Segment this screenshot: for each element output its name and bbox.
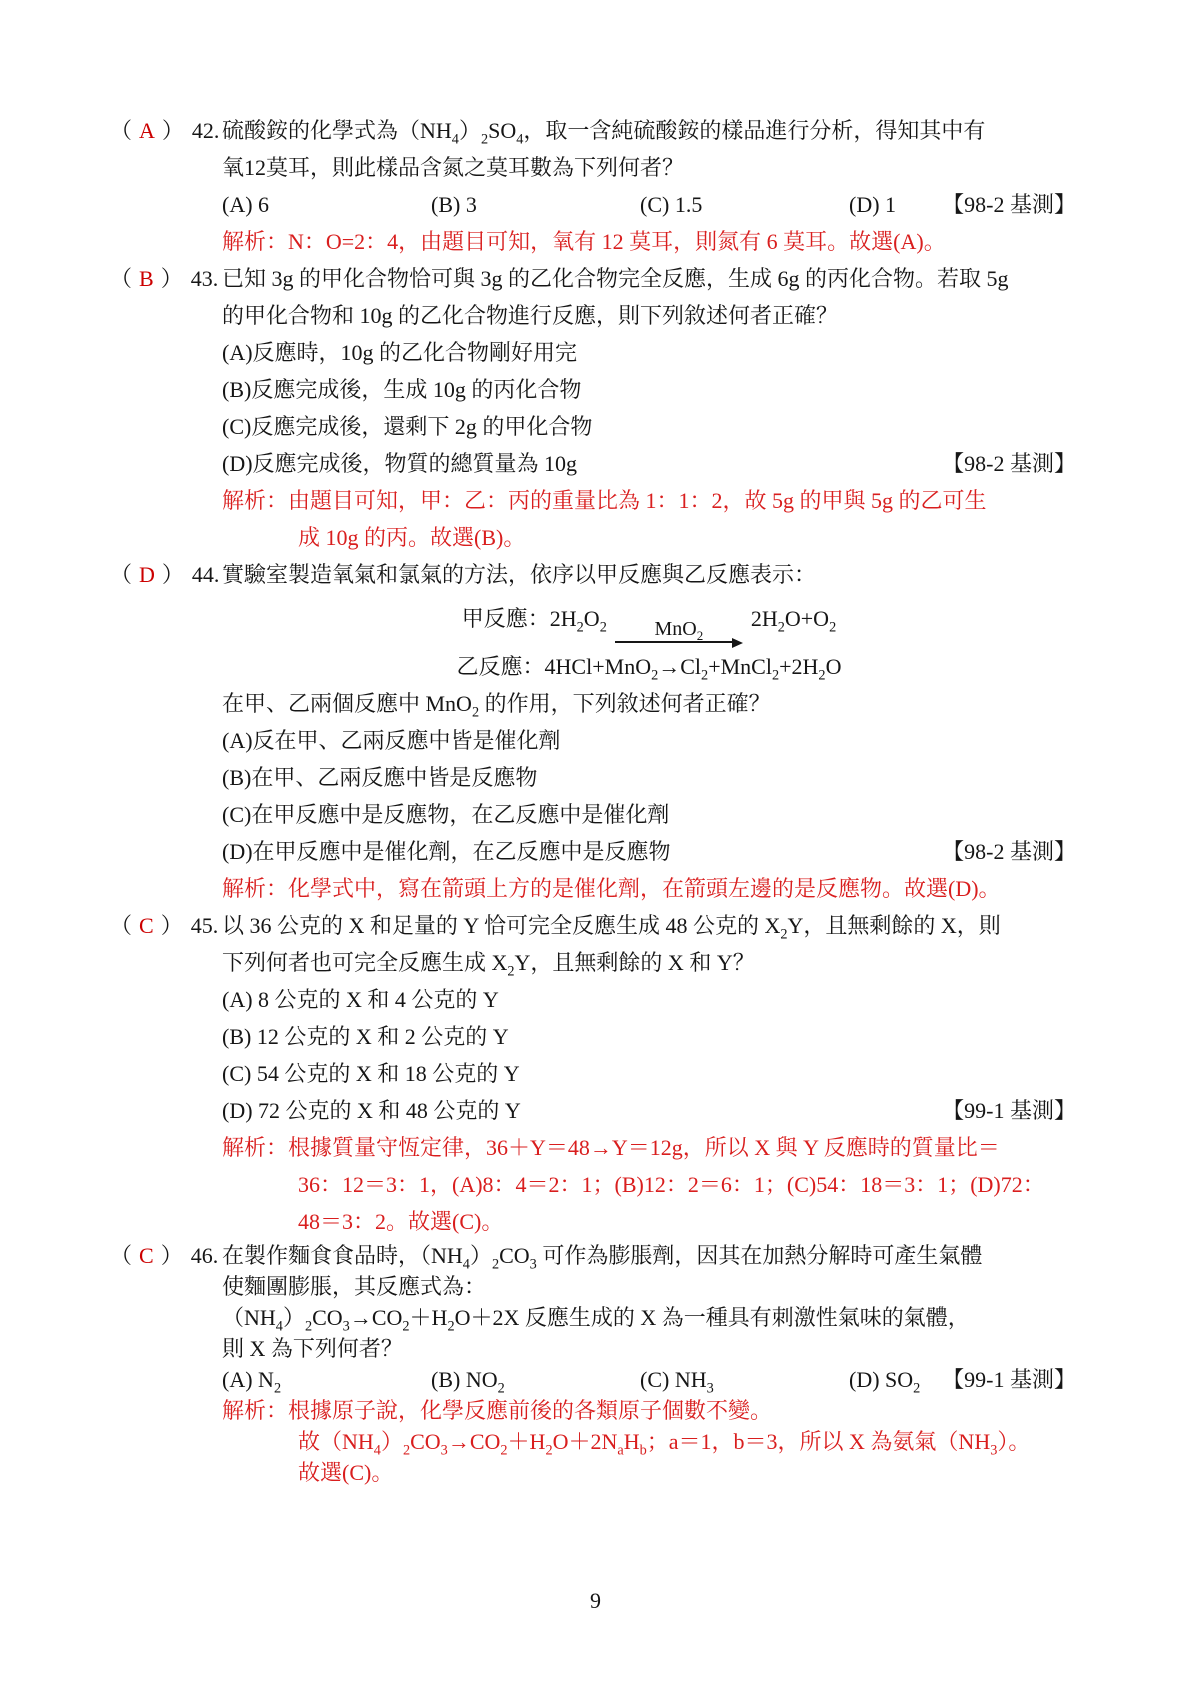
option-b: (B) 12 公克的 X 和 2 公克的 Y — [222, 1018, 1076, 1055]
answer-letter: D — [139, 556, 155, 593]
question-45-head: （C） 45. — [110, 907, 222, 1240]
exam-answer-page: { "page": { "number": "9" }, "colors": {… — [0, 0, 1191, 1684]
question-44-head: （D） 44. — [110, 556, 222, 907]
paren-open: （ — [110, 907, 132, 944]
paren-close: ） — [161, 1240, 183, 1271]
option-c: (C)反應完成後，還剩下 2g 的甲化合物 — [222, 408, 1076, 445]
option-d: (D)反應完成後，物質的總質量為 10g — [222, 445, 577, 482]
paren-open: （ — [110, 260, 132, 297]
option-a: (A) 8 公克的 X 和 4 公克的 Y — [222, 981, 1076, 1018]
options-row: (A) N2 (B) NO2 (C) NH3 (D) SO2 【99-1 基測】 — [222, 1364, 1076, 1395]
option-c: (C) 1.5 — [640, 186, 849, 223]
paren-close: ） — [162, 556, 184, 593]
question-44-body: 實驗室製造氧氣和氯氣的方法，依序以甲反應與乙反應表示： 甲反應：2H2O2MnO… — [222, 556, 1076, 907]
analysis-line: 解析：化學式中，寫在箭頭上方的是催化劑，在箭頭左邊的是反應物。故選(D)。 — [222, 870, 1076, 907]
paren-close: ） — [162, 112, 184, 149]
option-d: (D)在甲反應中是催化劑，在乙反應中是反應物 — [222, 833, 671, 870]
stem-line: 在甲、乙兩個反應中 MnO2 的作用，下列敘述何者正確？ — [222, 685, 1076, 722]
option-d-row: (D) 72 公克的 X 和 48 公克的 Y 【99-1 基測】 — [222, 1092, 1076, 1129]
analysis-line: 故選(C)。 — [222, 1457, 1076, 1488]
question-42-body: 硫酸銨的化學式為（NH4）2SO4，取一含純硫酸銨的樣品進行分析，得知其中有 氧… — [222, 112, 1076, 260]
option-b: (B)反應完成後，生成 10g 的丙化合物 — [222, 371, 1076, 408]
page-content: （A） 42. 硫酸銨的化學式為（NH4）2SO4，取一含純硫酸銨的樣品進行分析… — [110, 112, 1076, 1488]
analysis-line: 48＝3：2。故選(C)。 — [222, 1203, 1076, 1240]
question-45-body: 以 36 公克的 X 和足量的 Y 恰可完全反應生成 48 公克的 X2Y，且無… — [222, 907, 1076, 1240]
source-tag: 【98-2 基測】 — [942, 186, 1076, 223]
stem-line: 使麵團膨脹，其反應式為： — [222, 1271, 1076, 1302]
stem-line: 硫酸銨的化學式為（NH4）2SO4，取一含純硫酸銨的樣品進行分析，得知其中有 — [222, 112, 1076, 149]
options-row: (A) 6 (B) 3 (C) 1.5 (D) 1 【98-2 基測】 — [222, 186, 1076, 223]
question-43-head: （B） 43. — [110, 260, 222, 556]
option-b: (B) 3 — [431, 186, 640, 223]
answer-letter: B — [139, 260, 154, 297]
reaction-equation-yi: 乙反應：4HCl+MnO2→Cl2+MnCl2+2H2O — [222, 648, 1076, 685]
source-tag: 【98-2 基測】 — [942, 445, 1076, 482]
analysis-line: 解析：N：O=2：4，由題目可知，氧有 12 莫耳，則氮有 6 莫耳。故選(A)… — [222, 223, 1076, 260]
paren-open: （ — [110, 112, 132, 149]
question-45: （C） 45. 以 36 公克的 X 和足量的 Y 恰可完全反應生成 48 公克… — [110, 907, 1076, 1240]
stem-line: 下列何者也可完全反應生成 X2Y，且無剩餘的 X 和 Y？ — [222, 944, 1076, 981]
reaction-arrow-icon — [615, 636, 743, 648]
option-a: (A) 6 — [222, 186, 431, 223]
question-44: （D） 44. 實驗室製造氧氣和氯氣的方法，依序以甲反應與乙反應表示： 甲反應：… — [110, 556, 1076, 907]
option-b: (B) NO2 — [431, 1364, 640, 1395]
equation-right: 2H2O+O2 — [751, 606, 836, 631]
answer-box: （A） — [110, 112, 184, 149]
page-number: 9 — [0, 1586, 1191, 1616]
stem-line: 以 36 公克的 X 和足量的 Y 恰可完全反應生成 48 公克的 X2Y，且無… — [222, 907, 1076, 944]
source-tag: 【99-1 基測】 — [942, 1092, 1076, 1129]
option-a: (A)反在甲、乙兩反應中皆是催化劑 — [222, 722, 1076, 759]
paren-close: ） — [161, 260, 183, 297]
option-c: (C)在甲反應中是反應物，在乙反應中是催化劑 — [222, 796, 1076, 833]
option-a: (A) N2 — [222, 1364, 431, 1395]
option-d: (D) 1 — [849, 186, 896, 223]
question-42-head: （A） 42. — [110, 112, 222, 260]
stem-line: 實驗室製造氧氣和氯氣的方法，依序以甲反應與乙反應表示： — [222, 556, 1076, 593]
option-b: (B)在甲、乙兩反應中皆是反應物 — [222, 759, 1076, 796]
paren-close: ） — [161, 907, 183, 944]
option-a: (A)反應時，10g 的乙化合物剛好用完 — [222, 334, 1076, 371]
question-number: 45. — [191, 907, 219, 944]
analysis-line: 成 10g 的丙。故選(B)。 — [222, 519, 1076, 556]
question-number: 43. — [191, 260, 219, 297]
stem-line: 的甲化合物和 10g 的乙化合物進行反應，則下列敘述何者正確？ — [222, 297, 1076, 334]
option-d-row: (D)在甲反應中是催化劑，在乙反應中是反應物 【98-2 基測】 — [222, 833, 1076, 870]
option-d-row: (D)反應完成後，物質的總質量為 10g 【98-2 基測】 — [222, 445, 1076, 482]
stem-line: 則 X 為下列何者？ — [222, 1333, 1076, 1364]
source-tag: 【99-1 基測】 — [942, 1364, 1076, 1395]
analysis-line: 解析：根據原子說，化學反應前後的各類原子個數不變。 — [222, 1395, 1076, 1426]
analysis: 解析：根據原子說，化學反應前後的各類原子個數不變。 故（NH4）2CO3→CO2… — [222, 1395, 1076, 1488]
question-43: （B） 43. 已知 3g 的甲化合物恰可與 3g 的乙化合物完全反應，生成 6… — [110, 260, 1076, 556]
reaction-equation-jia: 甲反應：2H2O2MnO22H2O+O2 — [222, 599, 1076, 648]
catalyst-arrow: MnO2 — [615, 616, 743, 648]
option-d: (D) SO2 — [849, 1364, 920, 1395]
equation-left: 甲反應：2H2O2 — [462, 606, 607, 631]
analysis: 解析：根據質量守恆定律，36＋Y＝48→Y＝12g，所以 X 與 Y 反應時的質… — [222, 1129, 1076, 1240]
question-46-head: （C） 46. — [110, 1240, 222, 1488]
answer-box: （B） — [110, 260, 183, 297]
analysis-line: 解析：由題目可知，甲：乙：丙的重量比為 1：1：2，故 5g 的甲與 5g 的乙… — [222, 482, 1076, 519]
stem-line: （NH4）2CO3→CO2＋H2O＋2X 反應生成的 X 為一種具有刺激性氣味的… — [222, 1302, 1076, 1333]
analysis: 解析：N：O=2：4，由題目可知，氧有 12 莫耳，則氮有 6 莫耳。故選(A)… — [222, 223, 1076, 260]
answer-box: （C） — [110, 1240, 183, 1271]
question-43-body: 已知 3g 的甲化合物恰可與 3g 的乙化合物完全反應，生成 6g 的丙化合物。… — [222, 260, 1076, 556]
question-number: 44. — [192, 556, 220, 593]
paren-open: （ — [110, 556, 132, 593]
source-tag: 【98-2 基測】 — [942, 833, 1076, 870]
answer-letter: C — [139, 1240, 154, 1271]
option-c: (C) NH3 — [640, 1364, 849, 1395]
question-46-body: 在製作麵食食品時，（NH4）2CO3 可作為膨脹劑，因其在加熱分解時可產生氣體 … — [222, 1240, 1076, 1488]
question-42: （A） 42. 硫酸銨的化學式為（NH4）2SO4，取一含純硫酸銨的樣品進行分析… — [110, 112, 1076, 260]
stem-line: 氧12莫耳，則此樣品含氮之莫耳數為下列何者？ — [222, 149, 1076, 186]
analysis-line: 解析：根據質量守恆定律，36＋Y＝48→Y＝12g，所以 X 與 Y 反應時的質… — [222, 1129, 1076, 1166]
paren-open: （ — [110, 1240, 132, 1271]
question-46: （C） 46. 在製作麵食食品時，（NH4）2CO3 可作為膨脹劑，因其在加熱分… — [110, 1240, 1076, 1488]
analysis: 解析：由題目可知，甲：乙：丙的重量比為 1：1：2，故 5g 的甲與 5g 的乙… — [222, 482, 1076, 556]
stem-line: 已知 3g 的甲化合物恰可與 3g 的乙化合物完全反應，生成 6g 的丙化合物。… — [222, 260, 1076, 297]
analysis-line: 36：12＝3：1，(A)8：4＝2：1；(B)12：2＝6：1；(C)54：1… — [222, 1166, 1076, 1203]
option-c: (C) 54 公克的 X 和 18 公克的 Y — [222, 1055, 1076, 1092]
option-d: (D) 72 公克的 X 和 48 公克的 Y — [222, 1092, 521, 1129]
answer-box: （D） — [110, 556, 184, 593]
answer-letter: A — [139, 112, 155, 149]
stem-line: 在製作麵食食品時，（NH4）2CO3 可作為膨脹劑，因其在加熱分解時可產生氣體 — [222, 1240, 1076, 1271]
answer-letter: C — [139, 907, 154, 944]
analysis: 解析：化學式中，寫在箭頭上方的是催化劑，在箭頭左邊的是反應物。故選(D)。 — [222, 870, 1076, 907]
question-number: 42. — [192, 112, 220, 149]
analysis-line: 故（NH4）2CO3→CO2＋H2O＋2NaHb；a＝1，b＝3，所以 X 為氨… — [222, 1426, 1076, 1457]
answer-box: （C） — [110, 907, 183, 944]
question-number: 46. — [191, 1240, 219, 1271]
